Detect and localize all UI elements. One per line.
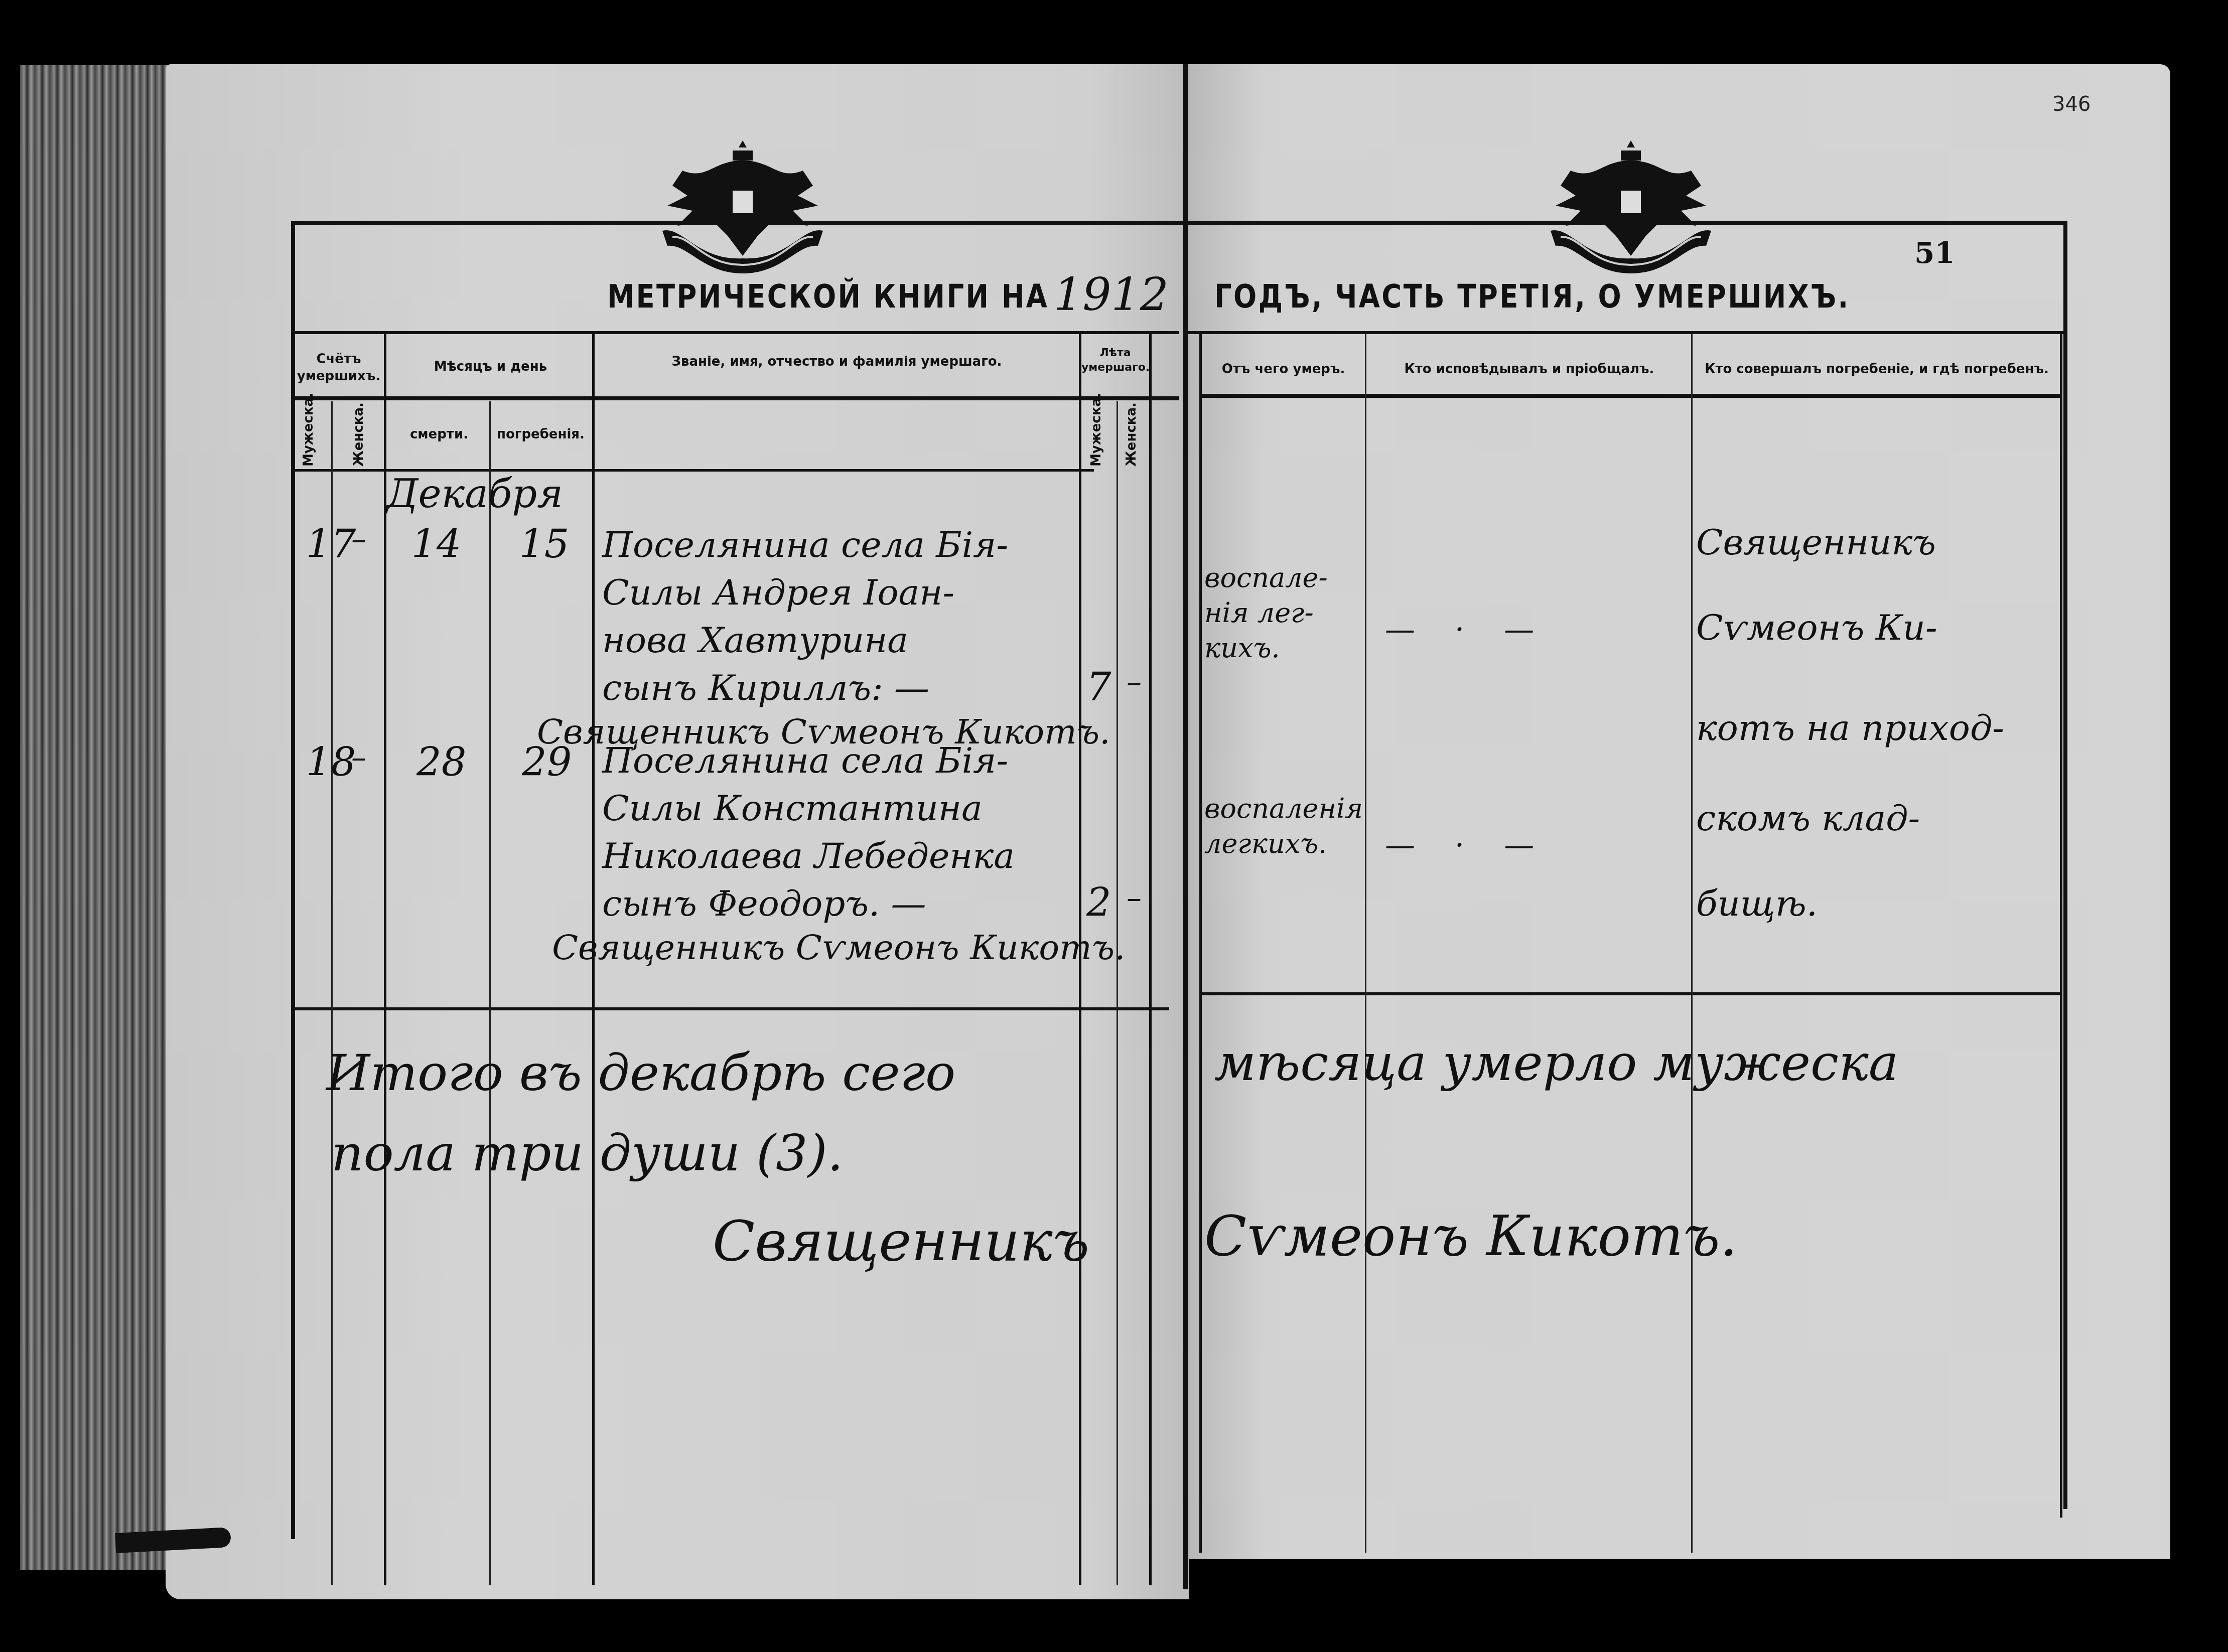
col-line — [2060, 334, 2062, 1518]
summary-line1-left: Итого въ декабрѣ сего — [326, 1043, 955, 1102]
burial-line: бищѣ. — [1696, 883, 1818, 924]
burial-line: Сѵмеонъ Ки- — [1696, 607, 1937, 648]
death-day: 14 — [411, 522, 461, 567]
subheader-rule-right — [1202, 394, 2062, 398]
entry-number-female: – — [351, 522, 366, 557]
book-page-edges — [20, 65, 171, 1570]
header-month-day: Мѣсяцъ и день — [391, 359, 590, 376]
summary-line2: пола три души (3). — [331, 1124, 843, 1182]
entry-number-male: 18 — [306, 740, 356, 785]
age-male: 7 — [1086, 665, 1111, 710]
confessor-dash: — · — — [1385, 828, 1549, 863]
age-female: – — [1127, 880, 1142, 916]
right-table-frame — [1185, 221, 2067, 1509]
col-line — [331, 401, 333, 1585]
title-left: МЕТРИЧЕСКОЙ КНИГИ НА — [607, 278, 1049, 316]
header-death: смерти. — [391, 426, 487, 443]
cause-line: нія лег- — [1204, 597, 1314, 629]
officiant-signature: Священникъ Сѵмеонъ Кикотъ. — [552, 928, 1126, 968]
name-line: Поселянина села Бія- — [602, 740, 1008, 781]
header-burial: погребенія. — [492, 426, 590, 443]
cause-line: воспаленія — [1204, 793, 1363, 824]
header-age-male: Мужеска. — [1089, 406, 1104, 467]
col-line — [1691, 334, 1693, 1553]
name-line: Силы Константина — [602, 788, 983, 829]
name-line: Николаева Лебеденка — [602, 835, 1015, 876]
entry-number-female: – — [351, 740, 366, 775]
col-line — [1199, 334, 1202, 1553]
header-rule-left — [291, 331, 1179, 334]
header-age: Лѣта умершаго. — [1081, 346, 1149, 375]
confessor-dash: — · — — [1385, 612, 1549, 647]
cause-line: легкихъ. — [1204, 828, 1327, 859]
entries-bottom-rule-left — [291, 1007, 1169, 1010]
name-line: сынъ Кириллъ: — — [602, 667, 929, 708]
name-line: нова Хавтурина — [602, 620, 908, 661]
cause-line: кихъ. — [1204, 632, 1280, 664]
age-male: 2 — [1086, 880, 1111, 926]
col-line — [489, 401, 491, 1585]
entries-bottom-rule-right — [1202, 992, 2062, 995]
death-day: 28 — [416, 740, 466, 785]
name-line: Поселянина села Бія- — [602, 524, 1008, 565]
col-line — [384, 334, 386, 1585]
header-confessor: Кто исповѣдывалъ и пріобщалъ. — [1370, 361, 1689, 378]
month-label: Декабря — [386, 472, 563, 517]
col-line — [1117, 401, 1118, 1585]
header-female: Женска. — [351, 411, 366, 467]
header-burial-by: Кто совершалъ погребеніе, и гдѣ погребен… — [1696, 361, 2057, 378]
age-female: – — [1127, 665, 1142, 700]
page-number: 51 — [1914, 236, 1955, 270]
signature-title: Священникъ — [713, 1209, 1089, 1273]
header-name: Званіе, имя, отчество и фамилія умершаго… — [597, 354, 1076, 371]
burial-line: Священникъ — [1696, 522, 1936, 563]
year-handwritten: 1912 — [1054, 268, 1169, 321]
entry-number-male: 17 — [306, 522, 356, 567]
cause-line: воспале- — [1204, 562, 1328, 593]
header-male: Мужеска. — [301, 411, 316, 467]
burial-line: котъ на приход- — [1696, 707, 2004, 748]
burial-day: 15 — [519, 522, 569, 567]
summary-line1-right: мѣсяца умерло мужеска — [1214, 1033, 1898, 1092]
title-right: ГОДЪ, ЧАСТЬ ТРЕТІЯ, О УМЕРШИХЪ. — [1214, 278, 1850, 316]
name-line: сынъ Феодоръ. — — [602, 883, 926, 924]
burial-line: скомъ клад- — [1696, 798, 1920, 839]
col-line — [1149, 334, 1152, 1585]
header-cause: Отъ чего умеръ. — [1204, 361, 1362, 378]
signature-name: Сѵмеонъ Кикотъ. — [1204, 1204, 1738, 1268]
subheader-rule-left — [291, 396, 1179, 400]
header-rule-right — [1185, 331, 2063, 334]
burial-day: 29 — [522, 740, 572, 785]
archive-folio-number: 346 — [2052, 93, 2091, 116]
name-line: Силы Андрея Іоан- — [602, 572, 954, 613]
left-table-frame — [291, 221, 1183, 1539]
header-count-deceased: Счётъ умершихъ. — [296, 351, 381, 385]
header-age-female: Женска. — [1124, 406, 1139, 467]
col-line — [1365, 334, 1366, 1553]
